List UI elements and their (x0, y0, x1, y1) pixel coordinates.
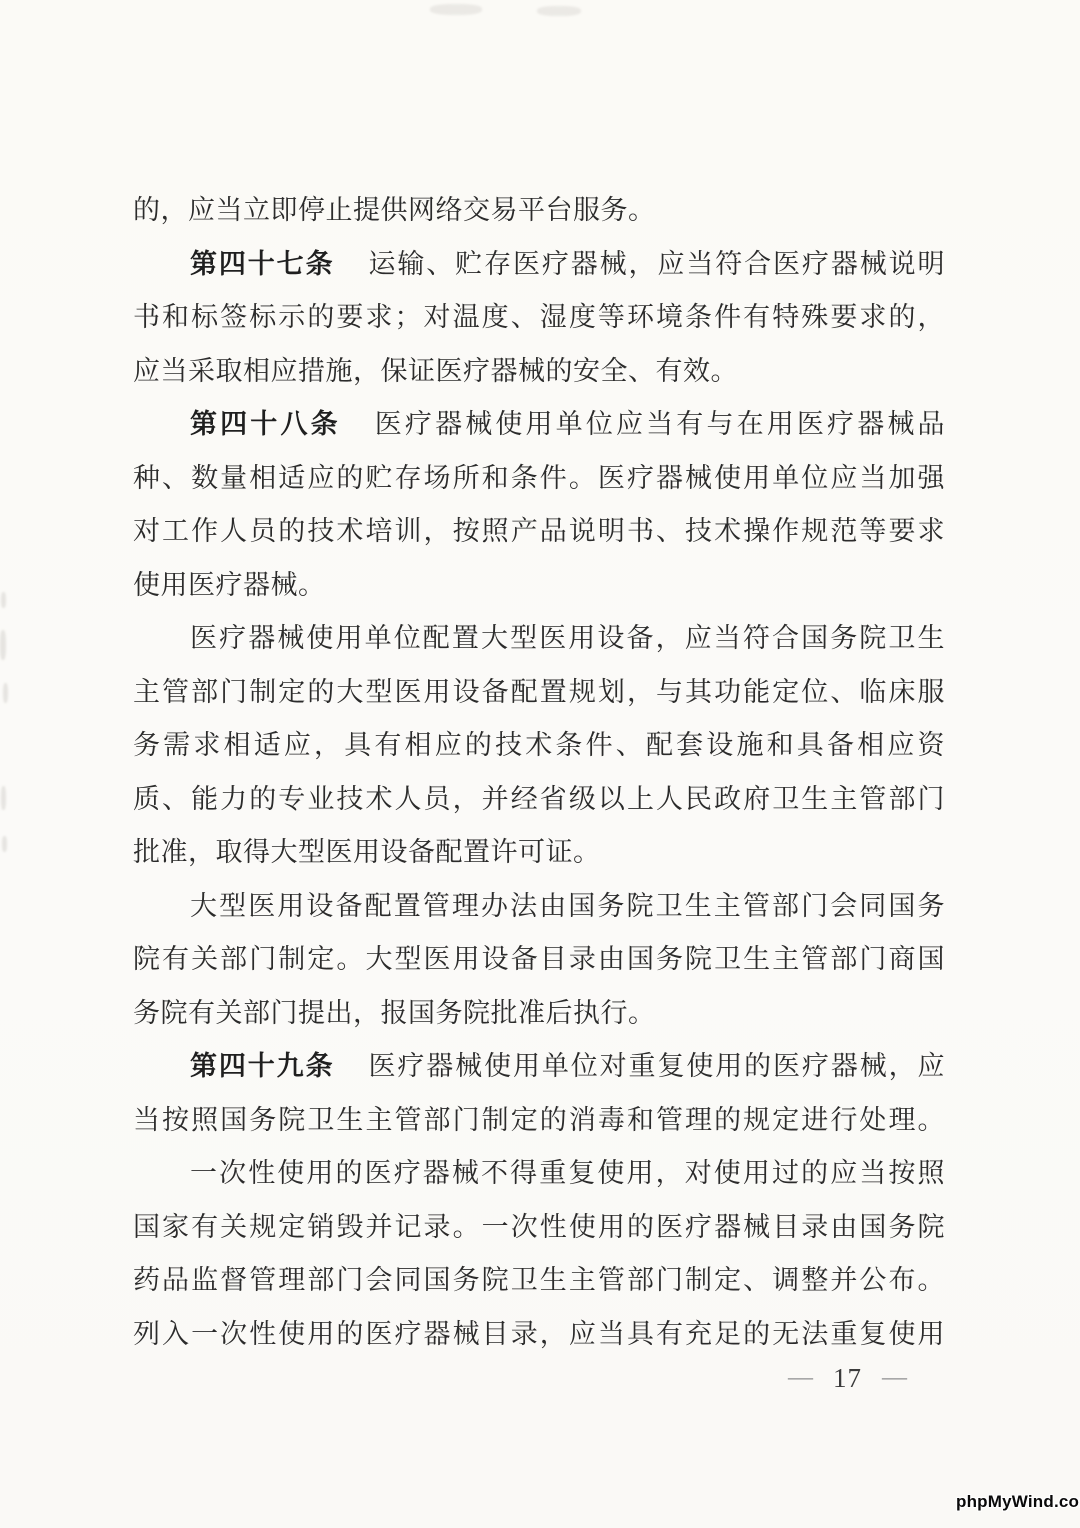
text-line: 批准，取得大型医用设备配置许可证。 (133, 826, 945, 880)
text-line: 种、数量相适应的贮存场所和条件。医疗器械使用单位应当加强 (133, 452, 945, 506)
text-line: 主管部门制定的大型医用设备配置规划，与其功能定位、临床服 (133, 666, 945, 720)
line-text: 医疗器械使用单位应当有与在用医疗器械品 (375, 409, 945, 439)
page-footer: — 17 — (788, 1363, 907, 1393)
line-text: 国家有关规定销毁并记录。一次性使用的医疗器械目录由国务院 (133, 1212, 945, 1242)
scan-artifact (537, 6, 581, 16)
text-line: 列入一次性使用的医疗器械目录，应当具有充足的无法重复使用 (133, 1308, 945, 1362)
line-text: 药品监督管理部门会同国务院卫生主管部门制定、调整并公布。 (133, 1265, 945, 1295)
line-text: 务院有关部门提出，报国务院批准后执行。 (133, 998, 656, 1028)
line-text: 列入一次性使用的医疗器械目录，应当具有充足的无法重复使用 (133, 1319, 945, 1349)
line-text: 对工作人员的技术培训，按照产品说明书、技术操作规范等要求 (133, 516, 945, 546)
line-text: 务需求相适应，具有相应的技术条件、配套设施和具备相应资 (133, 730, 945, 760)
line-text: 大型医用设备配置管理办法由国务院卫生主管部门会同国务 (190, 891, 945, 921)
text-line: 一次性使用的医疗器械不得重复使用，对使用过的应当按照 (133, 1147, 945, 1201)
text-line: 第四十七条运输、贮存医疗器械，应当符合医疗器械说明 (133, 238, 945, 292)
article-number: 第四十九条 (190, 1051, 334, 1081)
text-line: 质、能力的专业技术人员，并经省级以上人民政府卫生主管部门 (133, 773, 945, 827)
footer-dash-left: — (788, 1363, 813, 1393)
text-line: 国家有关规定销毁并记录。一次性使用的医疗器械目录由国务院 (133, 1201, 945, 1255)
text-line: 务需求相适应，具有相应的技术条件、配套设施和具备相应资 (133, 719, 945, 773)
text-line: 书和标签标示的要求；对温度、湿度等环境条件有特殊要求的， (133, 291, 945, 345)
line-text: 主管部门制定的大型医用设备配置规划，与其功能定位、临床服 (133, 677, 945, 707)
footer-dash-right: — (882, 1363, 907, 1393)
scan-artifact (2, 836, 7, 852)
line-text: 质、能力的专业技术人员，并经省级以上人民政府卫生主管部门 (133, 784, 945, 814)
scan-artifact (430, 4, 482, 15)
text-line: 大型医用设备配置管理办法由国务院卫生主管部门会同国务 (133, 880, 945, 934)
text-line: 院有关部门制定。大型医用设备目录由国务院卫生主管部门商国 (133, 933, 945, 987)
line-text: 医疗器械使用单位配置大型医用设备，应当符合国务院卫生 (190, 623, 945, 653)
scan-artifact (1, 786, 6, 810)
text-line: 第四十九条医疗器械使用单位对重复使用的医疗器械，应 (133, 1040, 945, 1094)
line-text: 使用医疗器械。 (133, 570, 326, 600)
text-line: 药品监督管理部门会同国务院卫生主管部门制定、调整并公布。 (133, 1254, 945, 1308)
text-line: 务院有关部门提出，报国务院批准后执行。 (133, 987, 945, 1041)
line-text: 医疗器械使用单位对重复使用的医疗器械，应 (368, 1051, 945, 1081)
line-text: 运输、贮存医疗器械，应当符合医疗器械说明 (368, 249, 945, 279)
line-text: 的，应当立即停止提供网络交易平台服务。 (133, 195, 656, 225)
text-line: 第四十八条医疗器械使用单位应当有与在用医疗器械品 (133, 398, 945, 452)
line-text: 院有关部门制定。大型医用设备目录由国务院卫生主管部门商国 (133, 944, 945, 974)
article-number: 第四十八条 (190, 409, 341, 439)
article-number: 第四十七条 (190, 249, 334, 279)
line-text: 当按照国务院卫生主管部门制定的消毒和管理的规定进行处理。 (133, 1105, 945, 1135)
text-line: 应当采取相应措施，保证医疗器械的安全、有效。 (133, 345, 945, 399)
page-number: 17 (833, 1363, 862, 1393)
line-text: 应当采取相应措施，保证医疗器械的安全、有效。 (133, 356, 738, 386)
line-text: 种、数量相适应的贮存场所和条件。医疗器械使用单位应当加强 (133, 463, 945, 493)
line-text: 一次性使用的医疗器械不得重复使用，对使用过的应当按照 (190, 1158, 945, 1188)
watermark-text: phpMyWind.com (956, 1492, 1080, 1512)
text-line: 对工作人员的技术培训，按照产品说明书、技术操作规范等要求 (133, 505, 945, 559)
text-line: 当按照国务院卫生主管部门制定的消毒和管理的规定进行处理。 (133, 1094, 945, 1148)
line-text: 书和标签标示的要求；对温度、湿度等环境条件有特殊要求的， (133, 302, 945, 332)
line-text: 批准，取得大型医用设备配置许可证。 (133, 837, 601, 867)
scan-artifact (0, 630, 6, 660)
text-line: 的，应当立即停止提供网络交易平台服务。 (133, 184, 945, 238)
document-body: 的，应当立即停止提供网络交易平台服务。第四十七条运输、贮存医疗器械，应当符合医疗… (133, 184, 945, 1361)
scan-artifact (3, 683, 8, 703)
text-line: 医疗器械使用单位配置大型医用设备，应当符合国务院卫生 (133, 612, 945, 666)
text-line: 使用医疗器械。 (133, 559, 945, 613)
scanned-document-page: 的，应当立即停止提供网络交易平台服务。第四十七条运输、贮存医疗器械，应当符合医疗… (0, 0, 1080, 1528)
scan-artifact (1, 592, 6, 608)
